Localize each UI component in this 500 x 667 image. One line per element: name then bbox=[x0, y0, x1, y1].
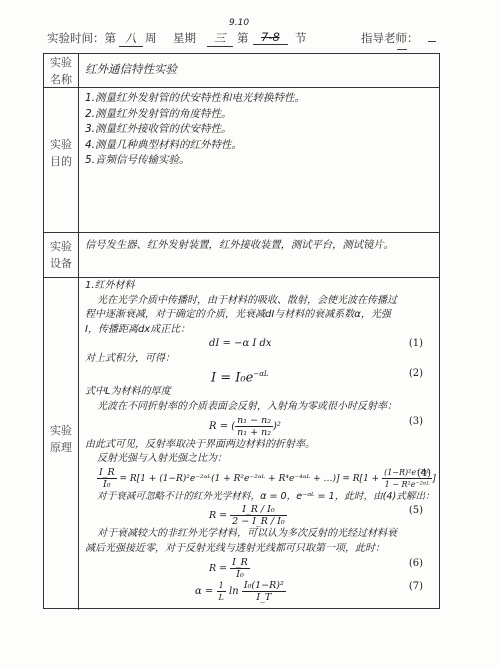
equation-4: I_RI₀ = R[1 + (1−R)²e⁻²ᵅᴸ(1 + R²e⁻²ᵅᴸ + … bbox=[85, 467, 435, 490]
equation-5: R = I_R / I₀2 − I_R / I₀ (5) bbox=[85, 504, 435, 527]
label-experiment-principle: 实验 原理 bbox=[44, 278, 79, 610]
purpose-item: 3.测量红外接收管的伏安特性。 bbox=[85, 122, 435, 138]
experiment-header: 实验时间：第 八 周 星期 三 第 7-8 节 指导老师： bbox=[47, 30, 467, 50]
paragraph-line: 光波在不同折射率的介质表面会反射，入射角为零或很小时反射率： bbox=[85, 400, 435, 415]
period-suffix: 节 bbox=[295, 30, 307, 46]
paragraph-line: 光在光学介质中传播时，由于材料的吸收、散射，会使光波在传播过 bbox=[85, 294, 435, 309]
purpose-item: 4.测量几种典型材料的红外特性。 bbox=[85, 138, 435, 154]
weekday-value: 三 bbox=[207, 30, 233, 47]
purpose-list: 1.测量红外发射管的伏安特性和电光转换特性。 2.测量红外发射管的角度特性。 3… bbox=[79, 88, 439, 232]
label-experiment-equipment: 实验 设备 bbox=[44, 233, 79, 277]
paragraph-line: 反射光强与入射光强之比为： bbox=[85, 452, 435, 467]
paragraph-line: 对于衰减较大的非红外光学材料，可以认为多次反射的光经过材料衰 bbox=[85, 527, 435, 542]
equation-2: I = I₀e−αL (2) bbox=[85, 367, 435, 386]
dash-mark bbox=[397, 49, 407, 50]
principle-content: 1.红外材料 光在光学介质中传播时，由于材料的吸收、散射，会使光波在传播过 程中… bbox=[79, 278, 439, 610]
row-experiment-purpose: 实验 目的 1.测量红外发射管的伏安特性和电光转换特性。 2.测量红外发射管的角… bbox=[44, 88, 439, 233]
equation-3: R = (n₁ − n₂n₁ + n₂)² (3) bbox=[85, 415, 435, 438]
paragraph-line: 对上式积分，可得： bbox=[85, 352, 435, 367]
week-value: 八 bbox=[119, 30, 143, 47]
equation-7: α = 1L ln I₀(1−R)²I_T (7) bbox=[85, 580, 435, 603]
week-suffix: 周 bbox=[145, 30, 157, 46]
weekday-label: 星期 bbox=[173, 30, 196, 46]
period-label: 第 bbox=[237, 30, 249, 46]
label-experiment-purpose: 实验 目的 bbox=[44, 88, 79, 232]
paragraph-line: 由此式可见，反射率取决于界面两边材料的折射率。 bbox=[85, 438, 435, 453]
row-experiment-name: 实验 名称 红外通信特性实验 bbox=[44, 54, 439, 88]
purpose-item: 2.测量红外发射管的角度特性。 bbox=[85, 107, 435, 123]
date-annotation: 9.10 bbox=[229, 18, 249, 28]
paragraph-line: 减后光强接近零，对于反射光线与透射光线都可只取第一项，此时： bbox=[85, 542, 435, 557]
equipment-value: 信号发生器、红外发射装置，红外接收装置，测试平台，测试镜片。 bbox=[79, 233, 439, 277]
row-experiment-principle: 实验 原理 1.红外材料 光在光学介质中传播时，由于材料的吸收、散射，会使光波在… bbox=[44, 278, 439, 610]
paragraph-line: I，传播距离dx成正比： bbox=[85, 323, 435, 338]
time-label: 实验时间：第 bbox=[47, 30, 116, 46]
purpose-item: 5.音频信号传输实验。 bbox=[85, 153, 435, 169]
equation-1: dI = −α I dx (1) bbox=[85, 337, 435, 352]
dash-mark bbox=[428, 41, 436, 42]
experiment-name-value: 红外通信特性实验 bbox=[79, 54, 439, 87]
period-value: 7-8 bbox=[253, 30, 288, 45]
label-experiment-name: 实验 名称 bbox=[44, 54, 79, 87]
paragraph-line: 式中L为材料的厚度 bbox=[85, 385, 435, 400]
equation-6: R = I_RI₀ (6) bbox=[85, 557, 435, 580]
paragraph-line: 对于衰减可忽略不计的红外光学材料，α = 0，e⁻ᵅᴸ = 1，此时，由(4)式… bbox=[85, 490, 435, 505]
purpose-item: 1.测量红外发射管的伏安特性和电光转换特性。 bbox=[85, 91, 435, 107]
instructor-label: 指导老师： bbox=[361, 30, 419, 46]
section-title: 1.红外材料 bbox=[85, 279, 435, 294]
paragraph-line: 程中逐渐衰减，对于确定的介质，光衰减dI与材料的衰减系数α，光强 bbox=[85, 308, 435, 323]
row-experiment-equipment: 实验 设备 信号发生器、红外发射装置，红外接收装置，测试平台，测试镜片。 bbox=[44, 233, 439, 278]
lab-report-table: 实验 名称 红外通信特性实验 实验 目的 1.测量红外发射管的伏安特性和电光转换… bbox=[43, 53, 440, 609]
